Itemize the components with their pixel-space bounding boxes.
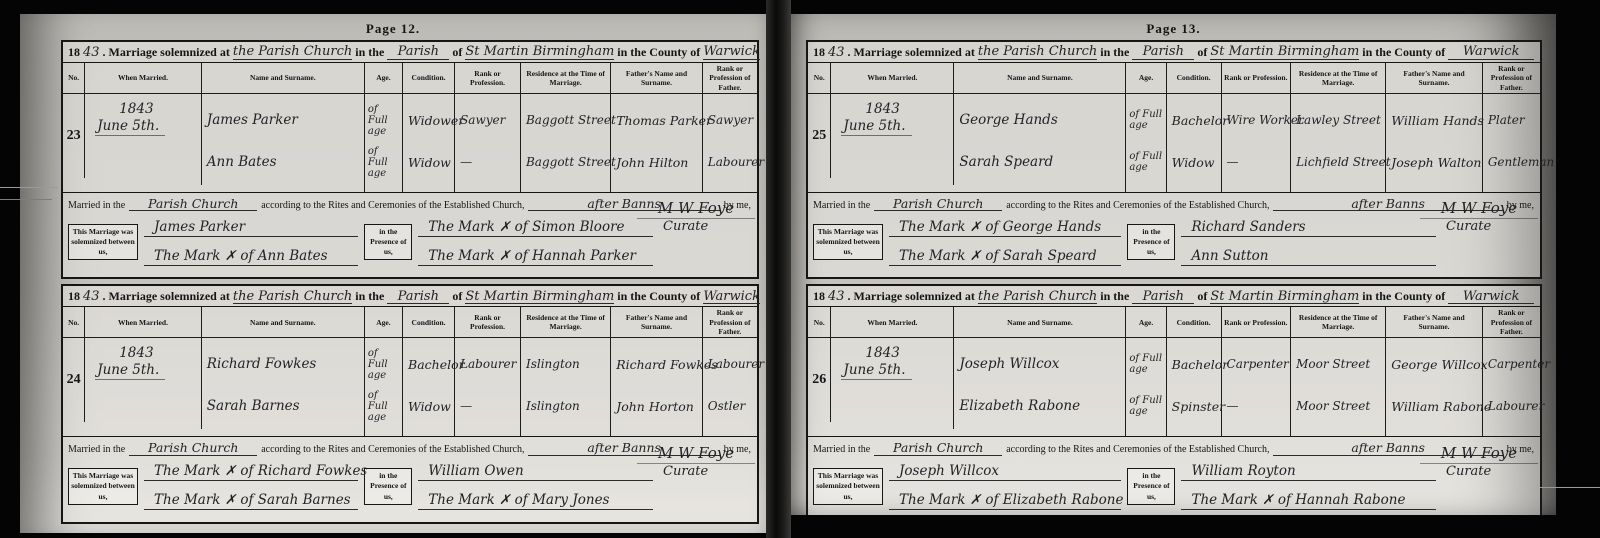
- witness-signature: William Royton: [1181, 463, 1436, 481]
- church-fill: the Parish Church: [233, 45, 352, 60]
- col-header-rank: Rank or Profession.: [455, 307, 521, 338]
- witness-signature: The Mark ✗ of Hannah Rabone: [1181, 492, 1436, 510]
- col-header-father: Father's Name and Surname.: [1386, 307, 1483, 338]
- bride-name: Sarah Speard: [959, 154, 1123, 170]
- county-of-label: in the County of: [617, 289, 700, 304]
- groom-father: Thomas Parker: [616, 113, 700, 128]
- groom-signature: The Mark ✗ of George Hands: [889, 219, 1121, 237]
- in-the-label: in the: [1100, 289, 1129, 304]
- cell-when-married: 1843 June 5th.: [831, 94, 954, 185]
- column-headers: No. When Married. Name and Surname. Age.…: [63, 307, 757, 338]
- groom-age: of Full age: [1129, 109, 1163, 131]
- county-fill: Warwick: [703, 290, 760, 305]
- bride-age: of Full age: [368, 146, 400, 179]
- bride-residence: Baggott Street: [526, 155, 608, 169]
- col-header-no: No.: [808, 307, 831, 338]
- cell-ranks: Wire Worker —: [1222, 94, 1292, 192]
- married-in-fill: Parish Church: [129, 441, 257, 455]
- groom-name: George Hands: [959, 112, 1123, 128]
- bride-signature: The Mark ✗ of Sarah Barnes: [144, 492, 358, 510]
- witness-signature: Richard Sanders: [1181, 219, 1436, 237]
- marriage-record-block: 1843. Marriage solemnized at the Parish …: [61, 284, 759, 523]
- col-header-when-married: When Married.: [85, 63, 202, 94]
- col-header-condition: Condition.: [1167, 63, 1222, 94]
- cell-ages: of Full age of Full age: [365, 338, 403, 436]
- cell-ranks: Sawyer —: [455, 94, 521, 192]
- marriage-date: June 5th.: [841, 362, 911, 380]
- col-header-name: Name and Surname.: [954, 307, 1126, 338]
- officiant-title: Curate: [1420, 464, 1538, 479]
- cell-no: 26: [808, 338, 831, 422]
- officiant-title: Curate: [637, 464, 755, 479]
- year-prefix: 18: [813, 45, 825, 60]
- marriage-record-block: 1843. Marriage solemnized at the Parish …: [61, 40, 759, 279]
- col-header-father: Father's Name and Surname.: [611, 307, 703, 338]
- col-header-when-married: When Married.: [831, 307, 954, 338]
- groom-father-rank: Carpenter: [1488, 357, 1538, 371]
- entry-number: 24: [67, 372, 81, 388]
- cell-residences: Islington Islington: [521, 338, 611, 436]
- groom-condition: Bachelor: [1172, 113, 1219, 128]
- in-the-label: in the: [355, 289, 384, 304]
- married-in-fill: Parish Church: [874, 441, 1002, 455]
- bride-father-rank: Ostler: [708, 399, 755, 413]
- groom-father-rank: Plater: [1488, 113, 1538, 127]
- column-headers: No. When Married. Name and Surname. Age.…: [808, 63, 1540, 94]
- record-form-header: 1843. Marriage solemnized at the Parish …: [63, 286, 757, 307]
- parish-name-fill: St Martin Birmingham: [1210, 45, 1359, 60]
- witness-signature: William Owen: [418, 463, 653, 481]
- bride-father: John Horton: [616, 399, 700, 414]
- groom-residence: Lawley Street: [1296, 113, 1383, 127]
- county-of-label: in the County of: [617, 45, 700, 60]
- presence-label: in the Presence of us,: [364, 224, 412, 260]
- parish-name-fill: St Martin Birmingham: [1210, 290, 1359, 305]
- col-header-no: No.: [63, 63, 85, 94]
- bride-condition: Widow: [408, 155, 452, 170]
- cell-residences: Baggott Street Baggott Street: [521, 94, 611, 192]
- cell-father-ranks: Labourer Ostler: [703, 338, 757, 436]
- county-fill: Warwick: [1448, 290, 1534, 305]
- parish-fill: Parish: [387, 45, 449, 60]
- bride-rank: —: [1227, 399, 1289, 413]
- scan-artifact-line: [1540, 487, 1600, 488]
- witness-signatures: The Mark ✗ of Simon Bloore The Mark ✗ of…: [412, 219, 659, 266]
- cell-when-married: 1843 June 5th.: [85, 94, 202, 185]
- scan-artifact-line: [0, 187, 58, 188]
- cell-fathers: William Hands Joseph Walton: [1386, 94, 1483, 192]
- col-header-when-married: When Married.: [85, 307, 202, 338]
- groom-age: of Full age: [1129, 353, 1163, 375]
- bride-condition: Spinster: [1172, 399, 1219, 414]
- officiant-signature: M W Foye Curate: [1420, 444, 1538, 479]
- witness-signatures: Richard Sanders Ann Sutton: [1175, 219, 1442, 266]
- cell-no: 25: [808, 94, 831, 178]
- col-header-residence: Residence at the Time of Marriage.: [521, 63, 611, 94]
- cell-father-ranks: Plater Gentleman: [1483, 94, 1540, 192]
- record-form-header: 1843. Marriage solemnized at the Parish …: [808, 286, 1540, 307]
- col-header-father-rank: Rank or Profession of Father.: [703, 307, 757, 338]
- cell-residences: Lawley Street Lichfield Street: [1291, 94, 1386, 192]
- couple-signatures: James Parker The Mark ✗ of Ann Bates: [138, 219, 364, 266]
- col-header-condition: Condition.: [403, 63, 455, 94]
- year-prefix: 18: [68, 289, 80, 304]
- solemnized-at-label: . Marriage solemnized at: [103, 45, 230, 60]
- groom-condition: Widower: [408, 113, 452, 128]
- officiant-title: Curate: [637, 219, 755, 234]
- bride-residence: Moor Street: [1296, 399, 1383, 413]
- groom-condition: Bachelor: [1172, 357, 1219, 372]
- marriage-year: 1843: [119, 345, 201, 361]
- bride-father-rank: Labourer: [1488, 399, 1538, 413]
- officiant-name: M W Foye: [1420, 199, 1538, 219]
- page-number: Page 13.: [791, 21, 1556, 37]
- year-prefix: 18: [68, 45, 80, 60]
- year-prefix: 18: [813, 289, 825, 304]
- col-header-no: No.: [808, 63, 831, 94]
- officiant-name: M W Foye: [1420, 444, 1538, 464]
- col-header-rank: Rank or Profession.: [1222, 63, 1292, 94]
- cell-ages: of Full age of Full age: [365, 94, 403, 192]
- groom-age: of Full age: [368, 348, 400, 381]
- county-of-label: in the County of: [1362, 45, 1445, 60]
- bride-condition: Widow: [1172, 155, 1219, 170]
- county-fill: Warwick: [703, 45, 760, 60]
- col-header-condition: Condition.: [403, 307, 455, 338]
- groom-name: Richard Fowkes: [207, 356, 362, 372]
- bride-name: Sarah Barnes: [207, 398, 362, 414]
- officiant-name: M W Foye: [637, 444, 755, 464]
- marriage-record-block: 1843. Marriage solemnized at the Parish …: [806, 40, 1542, 279]
- church-fill: the Parish Church: [233, 290, 352, 305]
- county-of-label: in the County of: [1362, 289, 1445, 304]
- year-fill: 43: [83, 45, 100, 60]
- cell-names: George Hands Sarah Speard: [954, 94, 1126, 192]
- entry-number: 23: [67, 128, 81, 144]
- col-header-residence: Residence at the Time of Marriage.: [1291, 307, 1386, 338]
- cell-conditions: Bachelor Widow: [1167, 94, 1222, 192]
- of-label: of: [452, 45, 462, 60]
- col-header-father: Father's Name and Surname.: [611, 63, 703, 94]
- cell-conditions: Bachelor Spinster: [1167, 338, 1222, 436]
- groom-name: Joseph Willcox: [959, 356, 1123, 372]
- col-header-no: No.: [63, 307, 85, 338]
- bride-condition: Widow: [408, 399, 452, 414]
- marriage-date: June 5th.: [95, 118, 165, 136]
- married-in-fill: Parish Church: [129, 197, 257, 211]
- solemnized-between-label: This Marriage was solemnized between us,: [68, 224, 138, 260]
- bride-father: Joseph Walton: [1391, 155, 1480, 170]
- record-row: 25 1843 June 5th. George Hands Sarah Spe…: [808, 94, 1540, 192]
- record-row: 23 1843 June 5th. James Parker Ann Bates…: [63, 94, 757, 192]
- page-number: Page 12.: [20, 21, 766, 37]
- presence-label: in the Presence of us,: [1127, 468, 1175, 504]
- col-header-father-rank: Rank or Profession of Father.: [703, 63, 757, 94]
- witness-signatures: William Royton The Mark ✗ of Hannah Rabo…: [1175, 463, 1442, 510]
- groom-signature: The Mark ✗ of Richard Fowkes: [144, 463, 358, 481]
- married-in-fill: Parish Church: [874, 197, 1002, 211]
- solemnized-between-label: This Marriage was solemnized between us,: [813, 468, 883, 504]
- bride-rank: —: [460, 155, 518, 169]
- bride-residence: Lichfield Street: [1296, 155, 1383, 169]
- cell-fathers: Thomas Parker John Hilton: [611, 94, 703, 192]
- cell-ranks: Carpenter —: [1222, 338, 1292, 436]
- solemnized-between-label: This Marriage was solemnized between us,: [813, 224, 883, 260]
- bride-age: of Full age: [1129, 151, 1163, 173]
- bride-father-rank: Labourer: [708, 155, 755, 169]
- marriage-year: 1843: [119, 101, 201, 117]
- groom-signature: James Parker: [144, 219, 358, 237]
- officiant-title: Curate: [1420, 219, 1538, 234]
- of-label: of: [452, 289, 462, 304]
- presence-label: in the Presence of us,: [364, 468, 412, 504]
- bride-name: Ann Bates: [207, 154, 362, 170]
- record-row: 24 1843 June 5th. Richard Fowkes Sarah B…: [63, 338, 757, 436]
- of-label: of: [1197, 45, 1207, 60]
- signature-section: This Marriage was solemnized between us,…: [63, 212, 757, 277]
- cell-when-married: 1843 June 5th.: [831, 338, 954, 429]
- bride-age: of Full age: [1129, 395, 1163, 417]
- officiant-signature: M W Foye Curate: [637, 199, 755, 234]
- cell-father-ranks: Sawyer Labourer: [703, 94, 757, 192]
- solemnized-at-label: . Marriage solemnized at: [103, 289, 230, 304]
- cell-names: Joseph Willcox Elizabeth Rabone: [954, 338, 1126, 436]
- cell-fathers: George Willcox William Rabone: [1386, 338, 1483, 436]
- groom-rank: Carpenter: [1227, 357, 1289, 371]
- cell-no: 24: [63, 338, 85, 422]
- col-header-residence: Residence at the Time of Marriage.: [1291, 63, 1386, 94]
- col-header-father: Father's Name and Surname.: [1386, 63, 1483, 94]
- groom-residence: Baggott Street: [526, 113, 608, 127]
- in-the-label: in the: [355, 45, 384, 60]
- bride-name: Elizabeth Rabone: [959, 398, 1123, 414]
- groom-father: George Willcox: [1391, 357, 1480, 372]
- groom-father-rank: Labourer: [708, 357, 755, 371]
- col-header-rank: Rank or Profession.: [1222, 307, 1292, 338]
- married-in-label: Married in the: [813, 444, 870, 455]
- marriage-year: 1843: [865, 101, 953, 117]
- parish-name-fill: St Martin Birmingham: [465, 45, 614, 60]
- witness-signature: Ann Sutton: [1181, 248, 1436, 266]
- groom-father: Richard Fowkes: [616, 357, 700, 372]
- county-fill: Warwick: [1448, 45, 1534, 60]
- signature-section: This Marriage was solemnized between us,…: [808, 212, 1540, 277]
- groom-rank: Labourer: [460, 357, 518, 371]
- col-header-father-rank: Rank or Profession of Father.: [1483, 63, 1540, 94]
- cell-no: 23: [63, 94, 85, 178]
- in-the-label: in the: [1100, 45, 1129, 60]
- groom-signature: Joseph Willcox: [889, 463, 1121, 481]
- col-header-rank: Rank or Profession.: [455, 63, 521, 94]
- col-header-age: Age.: [1126, 307, 1166, 338]
- groom-father: William Hands: [1391, 113, 1480, 128]
- church-fill: the Parish Church: [978, 290, 1097, 305]
- groom-residence: Islington: [526, 357, 608, 371]
- cell-father-ranks: Carpenter Labourer: [1483, 338, 1540, 436]
- bride-father-rank: Gentleman: [1488, 155, 1538, 169]
- solemnized-at-label: . Marriage solemnized at: [848, 45, 975, 60]
- year-fill: 43: [828, 289, 845, 304]
- col-header-name: Name and Surname.: [202, 63, 365, 94]
- bride-signature: The Mark ✗ of Ann Bates: [144, 248, 358, 266]
- col-header-age: Age.: [365, 307, 403, 338]
- column-headers: No. When Married. Name and Surname. Age.…: [63, 63, 757, 94]
- groom-name: James Parker: [207, 112, 362, 128]
- witness-signature: The Mark ✗ of Mary Jones: [418, 492, 653, 510]
- register-page-right: Page 13. 1843. Marriage solemnized at th…: [791, 14, 1556, 515]
- cell-when-married: 1843 June 5th.: [85, 338, 202, 429]
- groom-rank: Sawyer: [460, 113, 518, 127]
- groom-age: of Full age: [368, 104, 400, 137]
- officiant-signature: M W Foye Curate: [637, 444, 755, 479]
- groom-residence: Moor Street: [1296, 357, 1383, 371]
- record-form-header: 1843. Marriage solemnized at the Parish …: [63, 42, 757, 63]
- col-header-name: Name and Surname.: [202, 307, 365, 338]
- bride-father: John Hilton: [616, 155, 700, 170]
- col-header-father-rank: Rank or Profession of Father.: [1483, 307, 1540, 338]
- church-fill: the Parish Church: [978, 45, 1097, 60]
- col-header-when-married: When Married.: [831, 63, 954, 94]
- solemnized-at-label: . Marriage solemnized at: [848, 289, 975, 304]
- signature-section: This Marriage was solemnized between us,…: [808, 457, 1540, 516]
- cell-fathers: Richard Fowkes John Horton: [611, 338, 703, 436]
- according-label: according to the Rites and Ceremonies of…: [261, 200, 524, 211]
- according-label: according to the Rites and Ceremonies of…: [1006, 200, 1269, 211]
- cell-ranks: Labourer —: [455, 338, 521, 436]
- couple-signatures: The Mark ✗ of Richard Fowkes The Mark ✗ …: [138, 463, 364, 510]
- parish-fill: Parish: [1132, 45, 1194, 60]
- witness-signature: The Mark ✗ of Hannah Parker: [418, 248, 653, 266]
- marriage-date: June 5th.: [841, 118, 911, 136]
- marriage-date: June 5th.: [95, 362, 165, 380]
- bride-signature: The Mark ✗ of Sarah Speard: [889, 248, 1121, 266]
- couple-signatures: The Mark ✗ of George Hands The Mark ✗ of…: [883, 219, 1127, 266]
- officiant-name: M W Foye: [637, 199, 755, 219]
- officiant-signature: M W Foye Curate: [1420, 199, 1538, 234]
- bride-rank: —: [1227, 155, 1289, 169]
- cell-residences: Moor Street Moor Street: [1291, 338, 1386, 436]
- bride-rank: —: [460, 399, 518, 413]
- cell-conditions: Bachelor Widow: [403, 338, 455, 436]
- scan-artifact-line: [0, 199, 52, 200]
- record-row: 26 1843 June 5th. Joseph Willcox Elizabe…: [808, 338, 1540, 436]
- col-header-residence: Residence at the Time of Marriage.: [521, 307, 611, 338]
- bride-signature: The Mark ✗ of Elizabeth Rabone: [889, 492, 1121, 510]
- cell-ages: of Full age of Full age: [1126, 94, 1166, 192]
- col-header-condition: Condition.: [1167, 307, 1222, 338]
- presence-label: in the Presence of us,: [1127, 224, 1175, 260]
- column-headers: No. When Married. Name and Surname. Age.…: [808, 307, 1540, 338]
- col-header-age: Age.: [365, 63, 403, 94]
- solemnized-between-label: This Marriage was solemnized between us,: [68, 468, 138, 504]
- record-form-header: 1843. Marriage solemnized at the Parish …: [808, 42, 1540, 63]
- signature-section: This Marriage was solemnized between us,…: [63, 457, 757, 522]
- entry-number: 26: [812, 372, 826, 388]
- of-label: of: [1197, 289, 1207, 304]
- year-fill: 43: [83, 289, 100, 304]
- parish-name-fill: St Martin Birmingham: [465, 290, 614, 305]
- groom-father-rank: Sawyer: [708, 113, 755, 127]
- entry-number: 25: [812, 128, 826, 144]
- bride-age: of Full age: [368, 390, 400, 423]
- according-label: according to the Rites and Ceremonies of…: [261, 444, 524, 455]
- married-in-label: Married in the: [813, 200, 870, 211]
- cell-names: Richard Fowkes Sarah Barnes: [202, 338, 365, 436]
- parish-fill: Parish: [1132, 290, 1194, 305]
- register-page-left: Page 12. 1843. Marriage solemnized at th…: [20, 14, 766, 533]
- married-in-label: Married in the: [68, 444, 125, 455]
- bride-residence: Islington: [526, 399, 608, 413]
- book-spine: [766, 0, 791, 538]
- cell-names: James Parker Ann Bates: [202, 94, 365, 192]
- couple-signatures: Joseph Willcox The Mark ✗ of Elizabeth R…: [883, 463, 1127, 510]
- marriage-year: 1843: [865, 345, 953, 361]
- bride-father: William Rabone: [1391, 399, 1480, 414]
- parish-fill: Parish: [387, 290, 449, 305]
- witness-signatures: William Owen The Mark ✗ of Mary Jones: [412, 463, 659, 510]
- marriage-record-block: 1843. Marriage solemnized at the Parish …: [806, 284, 1542, 515]
- col-header-age: Age.: [1126, 63, 1166, 94]
- married-in-label: Married in the: [68, 200, 125, 211]
- groom-condition: Bachelor: [408, 357, 452, 372]
- year-fill: 43: [828, 45, 845, 60]
- according-label: according to the Rites and Ceremonies of…: [1006, 444, 1269, 455]
- col-header-name: Name and Surname.: [954, 63, 1126, 94]
- witness-signature: The Mark ✗ of Simon Bloore: [418, 219, 653, 237]
- cell-conditions: Widower Widow: [403, 94, 455, 192]
- groom-rank: Wire Worker: [1227, 113, 1289, 127]
- cell-ages: of Full age of Full age: [1126, 338, 1166, 436]
